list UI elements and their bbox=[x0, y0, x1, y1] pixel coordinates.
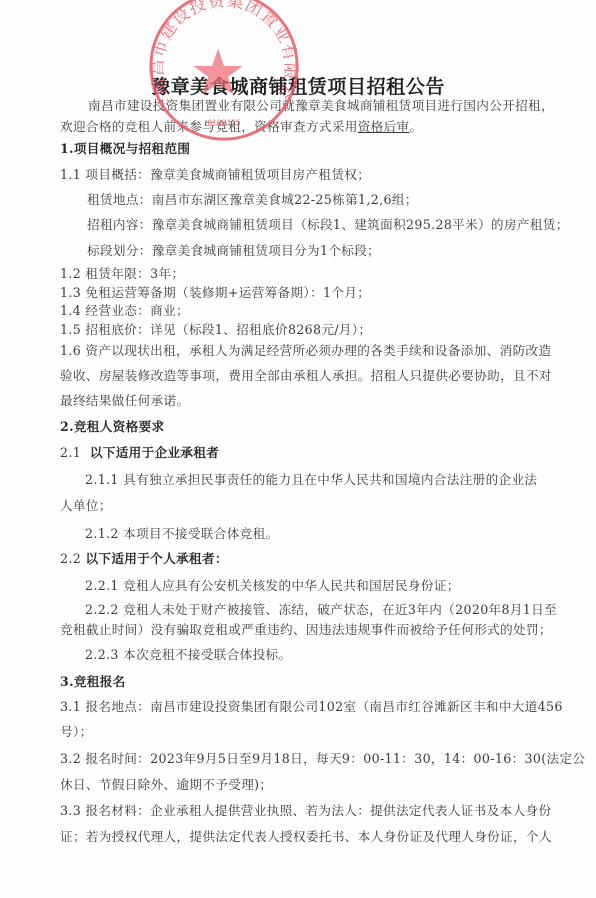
clause-1-6-line-1: 1.6 资产以现状出租，承租人为满足经营所必须办理的各类手续和设备添加、消防改造 bbox=[60, 340, 551, 359]
clause-1-6-line-2: 验收、房屋装修改造等事项，费用全部由承租人承担。招租人只提供必要协助，且不对 bbox=[60, 365, 552, 384]
clause-3-3-line-1: 3.3 报名材料：企业承租人提供营业执照、若为法人：提供法定代表人证书及本人身份 bbox=[60, 800, 551, 819]
clause-2-2-1: 2.2.1 竞租人应具有公安机关核发的中华人民共和国居民身份证； bbox=[85, 575, 460, 594]
section-1-heading: 1.项目概况与招租范围 bbox=[60, 138, 190, 157]
clause-3-1-line-2: 号）； bbox=[60, 721, 93, 740]
clause-2-2: 2.2 以下适用于个人承租者： bbox=[60, 548, 228, 567]
clause-2-1-number: 2.1 bbox=[60, 445, 81, 460]
clause-2-1-1-line-1: 2.1.1 具有独立承担民事责任的能力且在中华人民共和国境内合法注册的企业法 bbox=[85, 469, 537, 488]
clause-1-2: 1.2 租赁年限：3年； bbox=[60, 263, 184, 282]
clause-2-1-2: 2.1.2 本项目不接受联合体竞租。 bbox=[85, 523, 278, 542]
clause-2-1-1-line-2: 人单位； bbox=[60, 495, 112, 514]
section-2-heading: 2.竞租人资格要求 bbox=[60, 416, 164, 435]
clause-2-2-3: 2.2.3 本次竞租不接受联合体投标。 bbox=[85, 644, 291, 663]
clause-1-6-line-3: 最终结果做任何承诺。 bbox=[60, 390, 189, 409]
intro-text: 欢迎合格的竞租人前来参与竞租，资格审查方式采用 bbox=[60, 119, 358, 134]
clause-3-1-line-1: 3.1 报名地点：南昌市建设投资集团有限公司102室（南昌市红谷滩新区丰和中大道… bbox=[60, 696, 563, 715]
clause-3-3-line-2: 证；若为授权代理人，提供法定代表人授权委托书、本人身份证及代理人身份证，个人 bbox=[60, 826, 552, 845]
clause-2-2-number: 2.2 bbox=[60, 551, 81, 566]
clause-1-5: 1.5 招租底价：详见（标段1、招租底价8268元/月）； bbox=[60, 319, 371, 338]
review-method: 资格后审 bbox=[358, 119, 410, 134]
intro-line-1: 南昌市建设投资集团置业有限公司就豫章美食城商铺租赁项目进行国内公开招租， bbox=[88, 95, 554, 114]
clause-2-2-2-line-2: 竞租截止时间）没有骗取竞租或严重违约、因违法违规事件而被给予任何形式的处罚； bbox=[60, 619, 552, 638]
clause-1-1: 1.1 项目概括：豫章美食城商铺租赁项目房产租赁权； bbox=[60, 164, 370, 183]
clause-3-2-line-1: 3.2 报名时间：2023年9月5日至9月18日，每天9：00-11：30，14… bbox=[60, 748, 585, 767]
clause-3-2-line-2: 休日、节假日除外、逾期不予受理)； bbox=[60, 774, 272, 793]
clause-1-1-content: 招租内容：豫章美食城商铺租赁项目（标段1、建筑面积295.28平米）的房产租赁； bbox=[87, 214, 569, 233]
clause-2-1: 2.1 以下适用于企业承租者 bbox=[60, 442, 219, 461]
clause-2-1-title: 以下适用于企业承租者 bbox=[90, 445, 219, 460]
clause-1-1-sections: 标段划分：豫章美食城商铺租赁项目分为1个标段； bbox=[87, 240, 380, 259]
clause-1-4: 1.4 经营业态：商业； bbox=[60, 300, 189, 319]
clause-2-2-title: 以下适用于个人承租者： bbox=[85, 551, 227, 566]
clause-2-2-2-line-1: 2.2.2 竞租人未处于财产被接管、冻结，破产状态，在近3年内（2020年8月1… bbox=[85, 599, 557, 618]
clause-1-3: 1.3 免租运营筹备期（装修期+运营筹备期）：1个月； bbox=[60, 282, 370, 301]
intro-line-2: 欢迎合格的竞租人前来参与竞租，资格审查方式采用资格后审。 bbox=[60, 116, 422, 135]
clause-1-1-location: 租赁地点：南昌市东湖区豫章美食城22-25栋第1,2,6组； bbox=[87, 189, 418, 208]
intro-end: 。 bbox=[410, 119, 423, 134]
section-3-heading: 3.竞租报名 bbox=[60, 671, 126, 690]
